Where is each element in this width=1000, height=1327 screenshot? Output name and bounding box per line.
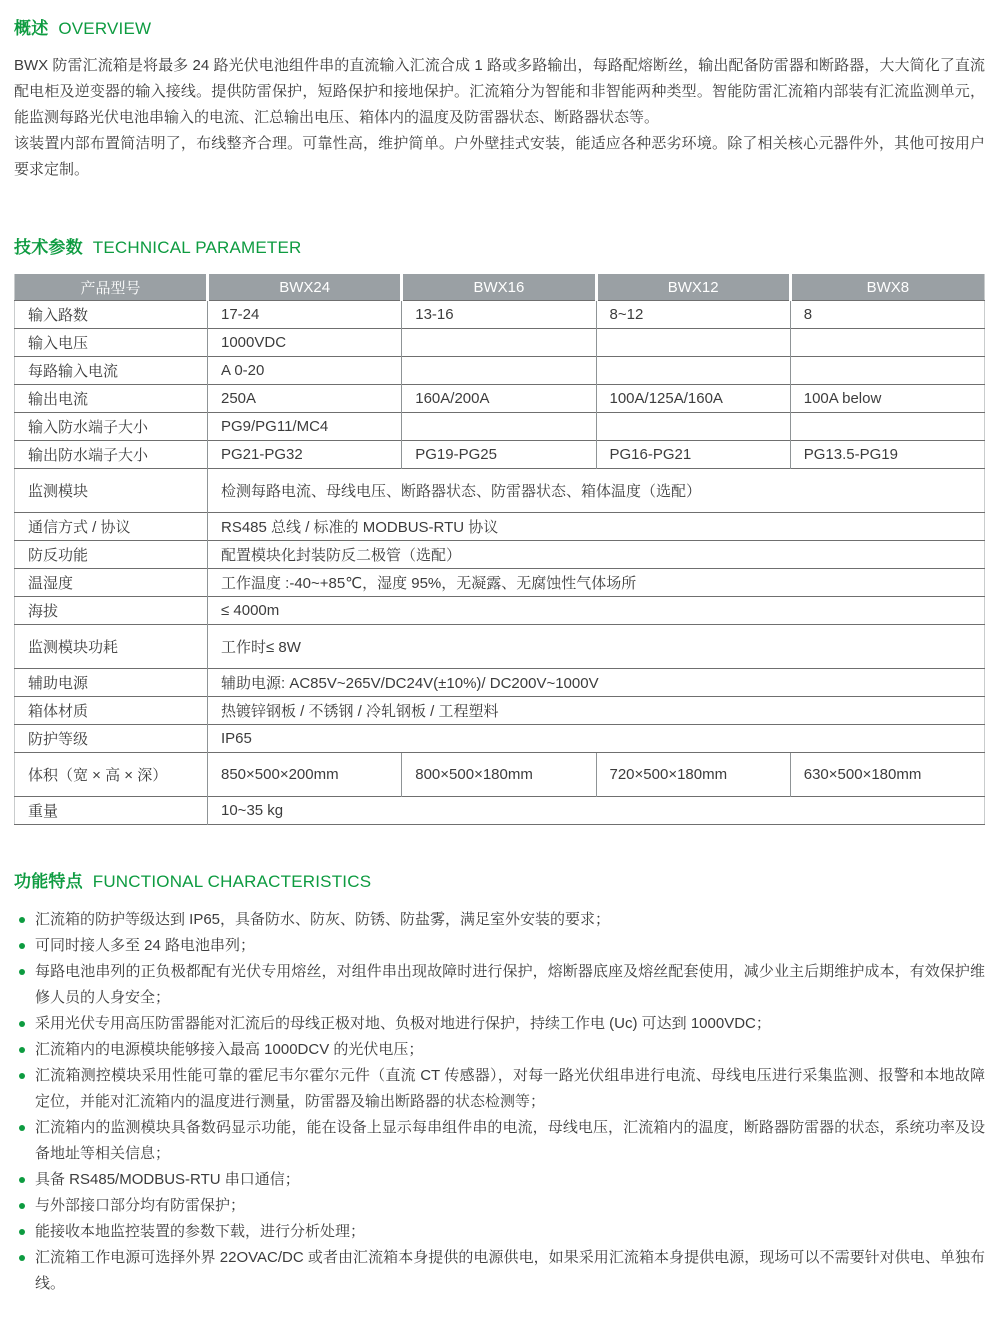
table-row: 输入路数17-2413-168~128 xyxy=(15,301,985,329)
row-value xyxy=(596,413,790,441)
column-header-model: BWX12 xyxy=(596,274,790,301)
feature-item: 汇流箱的防护等级达到 IP65，具备防水、防灰、防锈、防盐雾，满足室外安装的要求… xyxy=(14,907,985,933)
feature-item: 具备 RS485/MODBUS-RTU 串口通信； xyxy=(14,1167,985,1193)
table-row: 温湿度工作温度 :-40~+85℃，湿度 95%，无凝露、无腐蚀性气体场所 xyxy=(15,569,985,597)
bullet-dot-icon xyxy=(19,1047,25,1053)
row-value: 8~12 xyxy=(596,301,790,329)
table-row: 重量10~35 kg xyxy=(15,797,985,825)
table-row: 海拔≤ 4000m xyxy=(15,597,985,625)
feature-item: 汇流箱测控模块采用性能可靠的霍尼韦尔霍尔元件（直流 CT 传感器），对每一路光伏… xyxy=(14,1063,985,1115)
row-value xyxy=(596,357,790,385)
row-value: 辅助电源: AC85V~265V/DC24V(±10%)/ DC200V~100… xyxy=(208,669,985,697)
feature-item-text: 汇流箱内的电源模块能够接入最高 1000DCV 的光伏电压； xyxy=(35,1041,423,1058)
bullet-dot-icon xyxy=(19,1229,25,1235)
row-label: 输入电压 xyxy=(15,329,208,357)
row-value: 800×500×180mm xyxy=(402,753,596,797)
functional-characteristics-section: 功能特点 FUNCTIONAL CHARACTERISTICS 汇流箱的防护等级… xyxy=(14,871,985,1297)
bullet-dot-icon xyxy=(19,1125,25,1131)
row-value: 检测每路电流、母线电压、断路器状态、防雷器状态、箱体温度（选配） xyxy=(208,469,985,513)
technical-heading-en: TECHNICAL PARAMETER xyxy=(93,238,302,257)
table-row: 通信方式 / 协议RS485 总线 / 标准的 MODBUS-RTU 协议 xyxy=(15,513,985,541)
row-value: A 0-20 xyxy=(208,357,402,385)
row-value xyxy=(790,413,984,441)
row-value: 250A xyxy=(208,385,402,413)
overview-section: 概述 OVERVIEW BWX 防雷汇流箱是将最多 24 路光伏电池组件串的直流… xyxy=(14,18,985,183)
row-label: 输入防水端子大小 xyxy=(15,413,208,441)
feature-item: 每路电池串列的正负极都配有光伏专用熔丝，对组件串出现故障时进行保护，熔断器底座及… xyxy=(14,959,985,1011)
row-value xyxy=(596,329,790,357)
row-label: 辅助电源 xyxy=(15,669,208,697)
row-value: PG16-PG21 xyxy=(596,441,790,469)
bullet-dot-icon xyxy=(19,1073,25,1079)
bullet-dot-icon xyxy=(19,1255,25,1261)
row-label: 防反功能 xyxy=(15,541,208,569)
table-row: 输出防水端子大小PG21-PG32PG19-PG25PG16-PG21PG13.… xyxy=(15,441,985,469)
column-header-label: 产品型号 xyxy=(15,274,208,301)
bullet-dot-icon xyxy=(19,969,25,975)
feature-item: 汇流箱工作电源可选择外界 22OVAC/DC 或者由汇流箱本身提供的电源供电，如… xyxy=(14,1245,985,1297)
row-value: PG21-PG32 xyxy=(208,441,402,469)
technical-heading: 技术参数 TECHNICAL PARAMETER xyxy=(14,237,985,259)
row-label: 防护等级 xyxy=(15,725,208,753)
row-label: 重量 xyxy=(15,797,208,825)
feature-item: 能接收本地监控装置的参数下载，进行分析处理； xyxy=(14,1219,985,1245)
row-value: 630×500×180mm xyxy=(790,753,984,797)
row-label: 箱体材质 xyxy=(15,697,208,725)
row-value: 17-24 xyxy=(208,301,402,329)
spec-table-header-row: 产品型号BWX24BWX16BWX12BWX8 xyxy=(15,274,985,301)
row-value: PG9/PG11/MC4 xyxy=(208,413,402,441)
features-heading-zh: 功能特点 xyxy=(14,872,83,891)
feature-item: 与外部接口部分均有防雷保护； xyxy=(14,1193,985,1219)
row-value: 10~35 kg xyxy=(208,797,985,825)
row-label: 监测模块 xyxy=(15,469,208,513)
spec-table-body: 输入路数17-2413-168~128输入电压1000VDC每路输入电流A 0-… xyxy=(15,301,985,825)
feature-item-text: 每路电池串列的正负极都配有光伏专用熔丝，对组件串出现故障时进行保护，熔断器底座及… xyxy=(35,963,985,1006)
feature-item: 可同时接人多至 24 路电池串列； xyxy=(14,933,985,959)
row-value: PG19-PG25 xyxy=(402,441,596,469)
row-label: 输出电流 xyxy=(15,385,208,413)
row-value xyxy=(402,413,596,441)
row-label: 体积（宽 × 高 × 深） xyxy=(15,753,208,797)
table-row: 辅助电源辅助电源: AC85V~265V/DC24V(±10%)/ DC200V… xyxy=(15,669,985,697)
feature-item-text: 与外部接口部分均有防雷保护； xyxy=(35,1197,245,1214)
feature-item-text: 采用光伏专用高压防雷器能对汇流后的母线正极对地、负极对地进行保护，持续工作电 (… xyxy=(35,1015,771,1032)
table-row: 输入防水端子大小PG9/PG11/MC4 xyxy=(15,413,985,441)
technical-heading-zh: 技术参数 xyxy=(14,238,83,257)
feature-item-text: 能接收本地监控装置的参数下载，进行分析处理； xyxy=(35,1223,365,1240)
feature-item-text: 汇流箱工作电源可选择外界 22OVAC/DC 或者由汇流箱本身提供的电源供电，如… xyxy=(35,1249,985,1292)
table-row: 每路输入电流A 0-20 xyxy=(15,357,985,385)
feature-item-text: 汇流箱的防护等级达到 IP65，具备防水、防灰、防锈、防盐雾，满足室外安装的要求… xyxy=(35,911,610,928)
table-row: 监测模块检测每路电流、母线电压、断路器状态、防雷器状态、箱体温度（选配） xyxy=(15,469,985,513)
overview-paragraph: 该装置内部布置简洁明了，布线整齐合理。可靠性高，维护简单。户外壁挂式安装，能适应… xyxy=(14,131,985,183)
row-value: 1000VDC xyxy=(208,329,402,357)
bullet-dot-icon xyxy=(19,917,25,923)
feature-item: 采用光伏专用高压防雷器能对汇流后的母线正极对地、负极对地进行保护，持续工作电 (… xyxy=(14,1011,985,1037)
row-value: ≤ 4000m xyxy=(208,597,985,625)
row-value: 工作时≤ 8W xyxy=(208,625,985,669)
row-value: 160A/200A xyxy=(402,385,596,413)
row-label: 输入路数 xyxy=(15,301,208,329)
overview-paragraphs: BWX 防雷汇流箱是将最多 24 路光伏电池组件串的直流输入汇流合成 1 路或多… xyxy=(14,53,985,183)
table-row: 防护等级IP65 xyxy=(15,725,985,753)
table-row: 防反功能配置模块化封装防反二极管（选配） xyxy=(15,541,985,569)
feature-item: 汇流箱内的监测模块具备数码显示功能，能在设备上显示每串组件串的电流，母线电压，汇… xyxy=(14,1115,985,1167)
spec-table-head: 产品型号BWX24BWX16BWX12BWX8 xyxy=(15,274,985,301)
overview-paragraph: BWX 防雷汇流箱是将最多 24 路光伏电池组件串的直流输入汇流合成 1 路或多… xyxy=(14,53,985,131)
row-value: 850×500×200mm xyxy=(208,753,402,797)
table-row: 监测模块功耗工作时≤ 8W xyxy=(15,625,985,669)
product-spec-page: 概述 OVERVIEW BWX 防雷汇流箱是将最多 24 路光伏电池组件串的直流… xyxy=(14,18,985,1297)
feature-list: 汇流箱的防护等级达到 IP65，具备防水、防灰、防锈、防盐雾，满足室外安装的要求… xyxy=(14,907,985,1297)
feature-item-text: 具备 RS485/MODBUS-RTU 串口通信； xyxy=(35,1171,300,1188)
features-heading-en: FUNCTIONAL CHARACTERISTICS xyxy=(93,872,371,891)
table-row: 箱体材质热镀锌钢板 / 不锈钢 / 冷轧钢板 / 工程塑料 xyxy=(15,697,985,725)
row-value xyxy=(790,329,984,357)
feature-item: 汇流箱内的电源模块能够接入最高 1000DCV 的光伏电压； xyxy=(14,1037,985,1063)
row-value: 100A below xyxy=(790,385,984,413)
row-value: RS485 总线 / 标准的 MODBUS-RTU 协议 xyxy=(208,513,985,541)
row-label: 通信方式 / 协议 xyxy=(15,513,208,541)
row-value: 100A/125A/160A xyxy=(596,385,790,413)
overview-heading: 概述 OVERVIEW xyxy=(14,18,985,40)
row-value: 8 xyxy=(790,301,984,329)
bullet-dot-icon xyxy=(19,943,25,949)
row-value: 工作温度 :-40~+85℃，湿度 95%，无凝露、无腐蚀性气体场所 xyxy=(208,569,985,597)
table-row: 输出电流250A160A/200A100A/125A/160A100A belo… xyxy=(15,385,985,413)
technical-parameter-section: 技术参数 TECHNICAL PARAMETER 产品型号BWX24BWX16B… xyxy=(14,237,985,825)
row-value: 热镀锌钢板 / 不锈钢 / 冷轧钢板 / 工程塑料 xyxy=(208,697,985,725)
spec-table: 产品型号BWX24BWX16BWX12BWX8 输入路数17-2413-168~… xyxy=(14,274,985,825)
row-value: IP65 xyxy=(208,725,985,753)
feature-item-text: 汇流箱测控模块采用性能可靠的霍尼韦尔霍尔元件（直流 CT 传感器），对每一路光伏… xyxy=(35,1067,985,1110)
column-header-model: BWX8 xyxy=(790,274,984,301)
row-value: 720×500×180mm xyxy=(596,753,790,797)
row-value xyxy=(790,357,984,385)
table-row: 体积（宽 × 高 × 深）850×500×200mm800×500×180mm7… xyxy=(15,753,985,797)
bullet-dot-icon xyxy=(19,1177,25,1183)
row-value: 配置模块化封装防反二极管（选配） xyxy=(208,541,985,569)
feature-item-text: 可同时接人多至 24 路电池串列； xyxy=(35,937,255,954)
row-value xyxy=(402,357,596,385)
row-label: 温湿度 xyxy=(15,569,208,597)
overview-heading-zh: 概述 xyxy=(14,19,48,38)
row-value: PG13.5-PG19 xyxy=(790,441,984,469)
overview-heading-en: OVERVIEW xyxy=(58,19,151,38)
column-header-model: BWX24 xyxy=(208,274,402,301)
table-row: 输入电压1000VDC xyxy=(15,329,985,357)
features-heading: 功能特点 FUNCTIONAL CHARACTERISTICS xyxy=(14,871,985,893)
feature-item-text: 汇流箱内的监测模块具备数码显示功能，能在设备上显示每串组件串的电流，母线电压，汇… xyxy=(35,1119,985,1162)
row-label: 海拔 xyxy=(15,597,208,625)
bullet-dot-icon xyxy=(19,1021,25,1027)
row-label: 监测模块功耗 xyxy=(15,625,208,669)
row-label: 输出防水端子大小 xyxy=(15,441,208,469)
bullet-dot-icon xyxy=(19,1203,25,1209)
row-value xyxy=(402,329,596,357)
row-label: 每路输入电流 xyxy=(15,357,208,385)
column-header-model: BWX16 xyxy=(402,274,596,301)
row-value: 13-16 xyxy=(402,301,596,329)
